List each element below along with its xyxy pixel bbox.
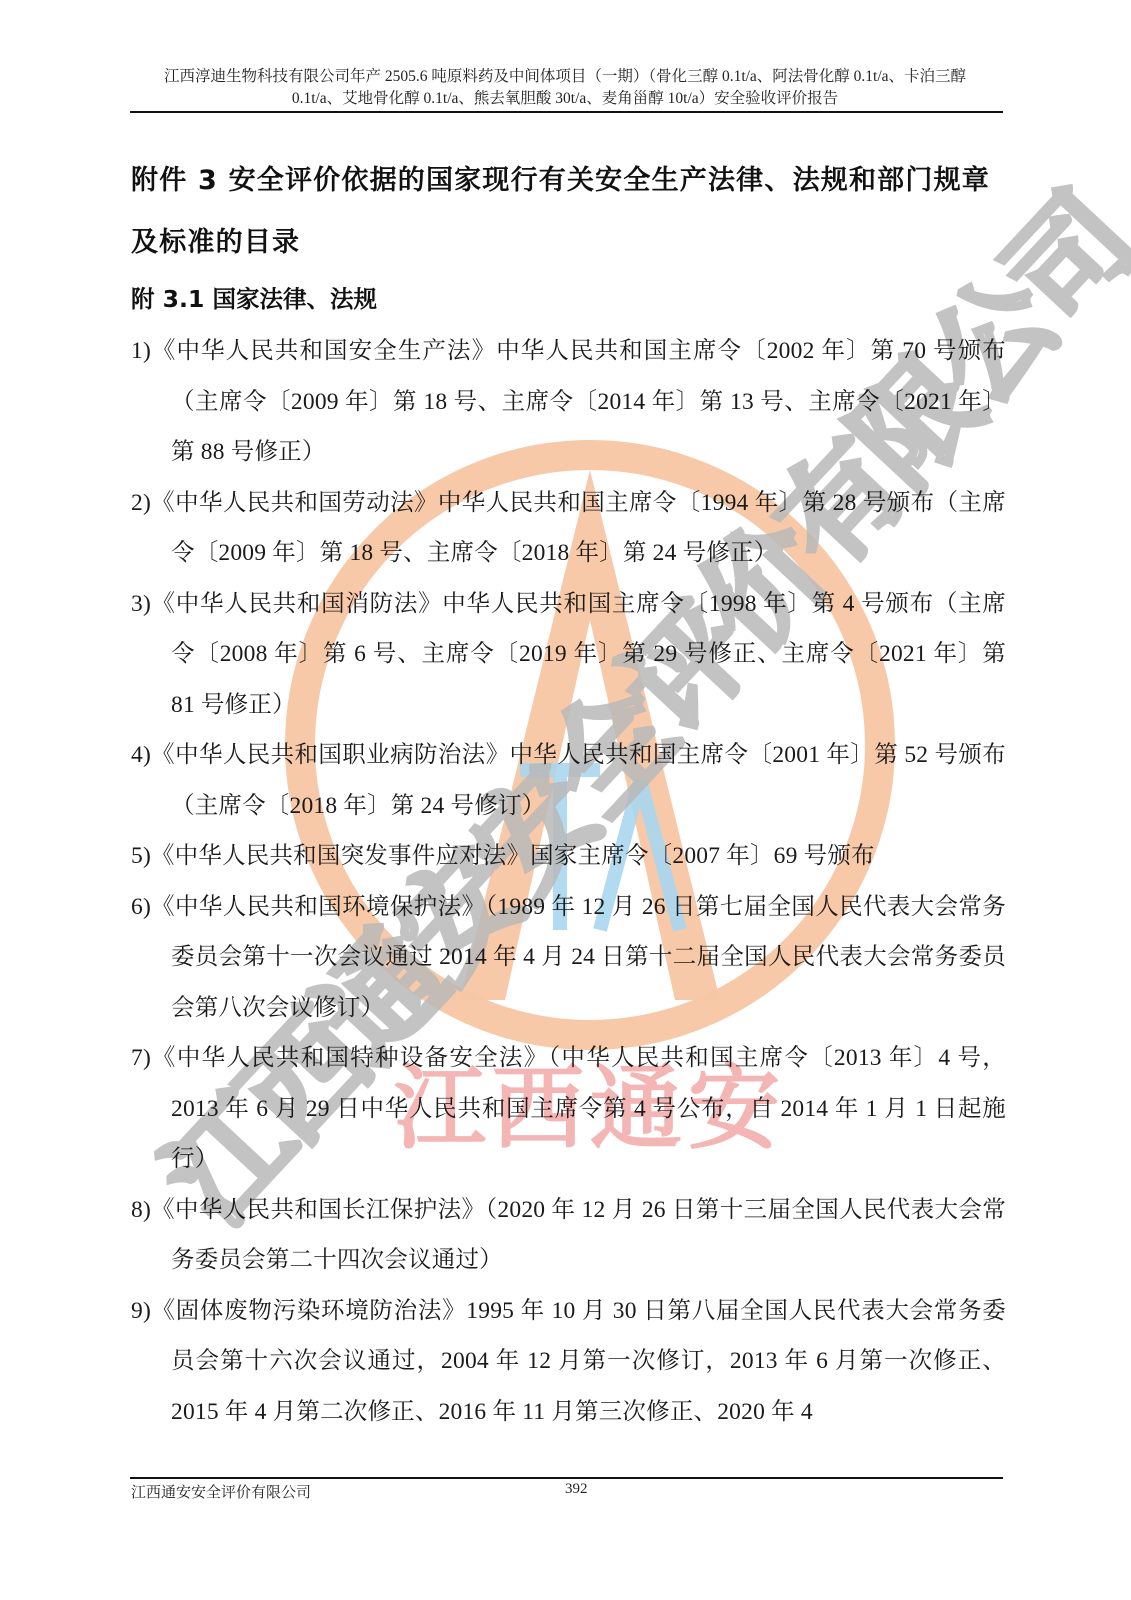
document-body: 附件 3 安全评价依据的国家现行有关安全生产法律、法规和部门规章及标准的目录 附…	[131, 150, 1006, 1437]
footer-divider	[130, 1477, 1003, 1479]
list-item-text: 《中华人民共和国职业病防治法》中华人民共和国主席令〔2001 年〕第 52 号颁…	[151, 742, 1006, 819]
list-item-number: 1)	[131, 326, 151, 377]
page-header: 江西淳迪生物科技有限公司年产 2505.6 吨原料药及中间体项目（一期）（骨化三…	[130, 66, 1000, 110]
list-item: 7)《中华人民共和国特种设备安全法》（中华人民共和国主席令〔2013 年〕4 号…	[131, 1033, 1006, 1185]
header-line-1: 江西淳迪生物科技有限公司年产 2505.6 吨原料药及中间体项目（一期）（骨化三…	[130, 66, 1000, 88]
section-title: 附 3.1 国家法律、法规	[131, 284, 1006, 326]
list-item-text: 《中华人民共和国特种设备安全法》（中华人民共和国主席令〔2013 年〕4 号，2…	[151, 1045, 1006, 1172]
list-item-number: 7)	[131, 1033, 151, 1084]
list-item-text: 《中华人民共和国环境保护法》（1989 年 12 月 26 日第七届全国人民代表…	[151, 894, 1006, 1021]
list-item-text: 《中华人民共和国长江保护法》（2020 年 12 月 26 日第十三届全国人民代…	[151, 1197, 1006, 1274]
footer-company: 江西通安安全评价有限公司	[131, 1481, 311, 1502]
list-item: 6)《中华人民共和国环境保护法》（1989 年 12 月 26 日第七届全国人民…	[131, 882, 1006, 1034]
list-item-text: 《中华人民共和国突发事件应对法》国家主席令〔2007 年〕69 号颁布	[151, 843, 875, 869]
document-page: 江西淳迪生物科技有限公司年产 2505.6 吨原料药及中间体项目（一期）（骨化三…	[0, 0, 1131, 1600]
list-item-text: 《固体废物污染环境防治法》1995 年 10 月 30 日第八届全国人民代表大会…	[151, 1298, 1006, 1425]
list-item-number: 2)	[131, 478, 151, 529]
list-item-number: 3)	[131, 579, 151, 630]
list-item-number: 8)	[131, 1185, 151, 1236]
header-divider	[130, 111, 1003, 113]
list-item-number: 9)	[131, 1286, 151, 1337]
page-number: 392	[565, 1481, 588, 1498]
list-item: 3)《中华人民共和国消防法》中华人民共和国主席令〔1998 年〕第 4 号颁布（…	[131, 579, 1006, 731]
list-item: 2)《中华人民共和国劳动法》中华人民共和国主席令〔1994 年〕第 28 号颁布…	[131, 478, 1006, 579]
list-item-text: 《中华人民共和国安全生产法》中华人民共和国主席令〔2002 年〕第 70 号颁布…	[151, 338, 1006, 465]
list-item: 8)《中华人民共和国长江保护法》（2020 年 12 月 26 日第十三届全国人…	[131, 1185, 1006, 1286]
list-item-number: 5)	[131, 831, 151, 882]
list-item: 9)《固体废物污染环境防治法》1995 年 10 月 30 日第八届全国人民代表…	[131, 1286, 1006, 1438]
list-item-text: 《中华人民共和国消防法》中华人民共和国主席令〔1998 年〕第 4 号颁布（主席…	[151, 591, 1006, 718]
list-item-number: 6)	[131, 882, 151, 933]
list-item-number: 4)	[131, 730, 151, 781]
list-item: 4)《中华人民共和国职业病防治法》中华人民共和国主席令〔2001 年〕第 52 …	[131, 730, 1006, 831]
document-title: 附件 3 安全评价依据的国家现行有关安全生产法律、法规和部门规章及标准的目录	[131, 150, 1006, 274]
list-item-text: 《中华人民共和国劳动法》中华人民共和国主席令〔1994 年〕第 28 号颁布（主…	[151, 490, 1006, 567]
list-item: 5)《中华人民共和国突发事件应对法》国家主席令〔2007 年〕69 号颁布	[131, 831, 1006, 882]
law-list: 1)《中华人民共和国安全生产法》中华人民共和国主席令〔2002 年〕第 70 号…	[131, 326, 1006, 1437]
header-line-2: 0.1t/a、艾地骨化醇 0.1t/a、熊去氧胆酸 30t/a、麦角甾醇 10t…	[130, 88, 1000, 110]
list-item: 1)《中华人民共和国安全生产法》中华人民共和国主席令〔2002 年〕第 70 号…	[131, 326, 1006, 478]
